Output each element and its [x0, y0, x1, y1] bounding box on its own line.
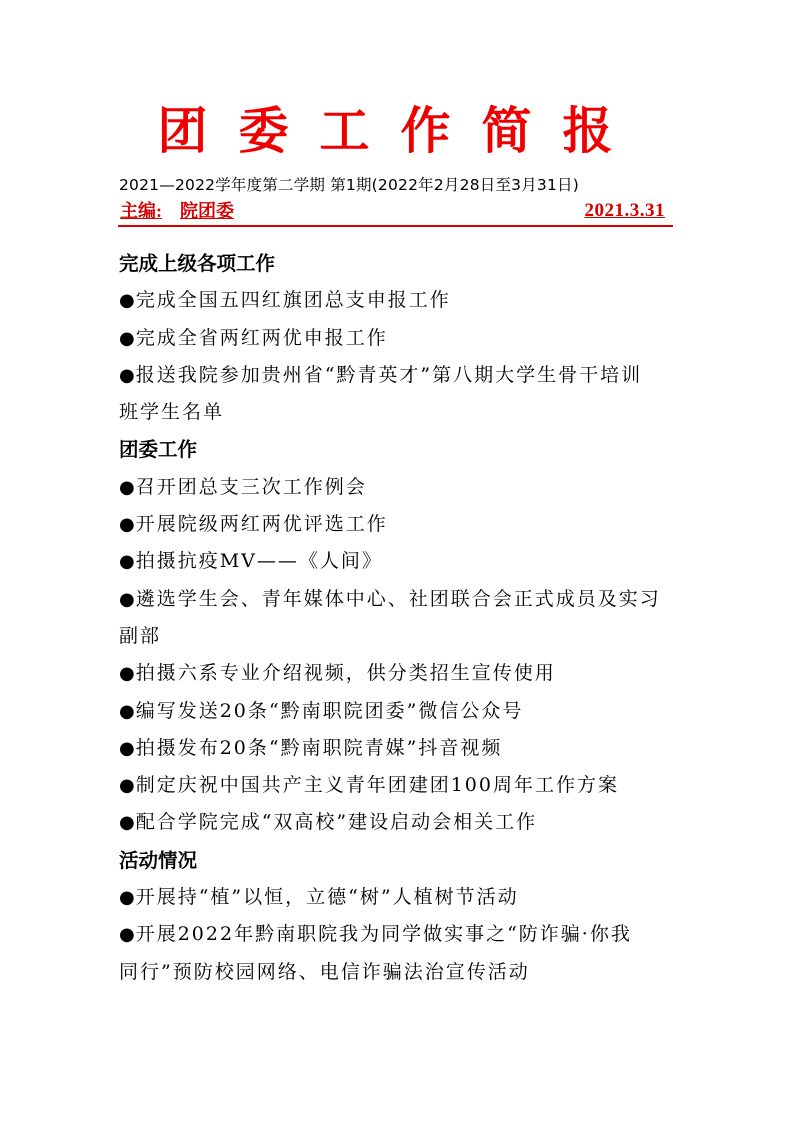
section-heading: 团委工作	[119, 431, 679, 468]
bullet-item: ●编写发送20条“黔南职院团委”微信公众号	[119, 693, 679, 730]
bullet-dot-icon: ●	[119, 887, 135, 908]
bullet-text: 完成全国五四红旗团总支申报工作	[136, 289, 451, 311]
bullet-text: 开展持“植”以恒，立德“树”人植树节活动	[136, 886, 519, 908]
section-heading: 活动情况	[119, 842, 679, 879]
bullet-dot-icon: ●	[119, 701, 135, 722]
bullet-text: 遴选学生会、青年媒体中心、社团联合会正式成员及实习	[136, 588, 661, 610]
bullet-dot-icon: ●	[119, 775, 135, 796]
bullet-text: 开展院级两红两优评选工作	[136, 513, 388, 535]
bullet-text: 班学生名单	[119, 401, 224, 423]
editor-value: 院团委	[180, 201, 234, 221]
bullet-text: 开展2022年黔南职院我为同学做实事之“防诈骗·你我	[136, 923, 632, 945]
bullet-dot-icon: ●	[119, 663, 135, 684]
bullet-text: 副部	[119, 625, 161, 647]
bullet-text: 拍摄抗疫MV——《人间》	[136, 550, 383, 572]
bullet-text: 同行”预防校园网络、电信诈骗法治宣传活动	[119, 961, 530, 983]
bullet-dot-icon: ●	[119, 477, 135, 498]
issue-date: 2021.3.31	[585, 199, 666, 223]
bullet-dot-icon: ●	[119, 738, 135, 759]
bullet-dot-icon: ●	[119, 328, 135, 349]
bullet-text: 报送我院参加贵州省“黔青英才”第八期大学生骨干培训	[136, 364, 642, 386]
bullet-dot-icon: ●	[119, 589, 135, 610]
bullet-item: ●完成全国五四红旗团总支申报工作	[119, 282, 679, 319]
bullet-dot-icon: ●	[119, 365, 135, 386]
bullet-item-continuation: 班学生名单	[119, 394, 679, 431]
bullet-item: ●开展院级两红两优评选工作	[119, 506, 679, 543]
bullet-item: ●拍摄抗疫MV——《人间》	[119, 543, 679, 580]
bullet-text: 拍摄六系专业介绍视频，供分类招生宣传使用	[136, 662, 556, 684]
bullet-item: ●报送我院参加贵州省“黔青英才”第八期大学生骨干培训	[119, 357, 679, 394]
bullet-dot-icon: ●	[119, 924, 135, 945]
bullet-text: 拍摄发布20条“黔南职院青媒”抖音视频	[136, 737, 503, 759]
bullet-item: ●拍摄发布20条“黔南职院青媒”抖音视频	[119, 730, 679, 767]
bullet-item: ●遴选学生会、青年媒体中心、社团联合会正式成员及实习	[119, 581, 679, 618]
bullet-dot-icon: ●	[119, 812, 135, 833]
bullet-item: ●完成全省两红两优申报工作	[119, 320, 679, 357]
document-title: 团委工作简报	[0, 98, 793, 164]
editor-credit: 主编:院团委	[120, 199, 234, 223]
document-page: 团委工作简报 2021—2022学年度第二学期 第1期(2022年2月28日至3…	[0, 0, 793, 1122]
bullet-dot-icon: ●	[119, 514, 135, 535]
bullet-text: 召开团总支三次工作例会	[136, 476, 367, 498]
bullet-text: 制定庆祝中国共产主义青年团建团100周年工作方案	[136, 774, 619, 796]
bullet-text: 完成全省两红两优申报工作	[136, 327, 388, 349]
bullet-item-continuation: 同行”预防校园网络、电信诈骗法治宣传活动	[119, 954, 679, 991]
bullet-dot-icon: ●	[119, 290, 135, 311]
bullet-item: ●制定庆祝中国共产主义青年团建团100周年工作方案	[119, 767, 679, 804]
bullet-dot-icon: ●	[119, 551, 135, 572]
bullet-item: ●召开团总支三次工作例会	[119, 469, 679, 506]
bullet-item: ●配合学院完成“双高校”建设启动会相关工作	[119, 804, 679, 841]
section-heading: 完成上级各项工作	[119, 245, 679, 282]
bullet-item: ●开展2022年黔南职院我为同学做实事之“防诈骗·你我	[119, 916, 679, 953]
issue-subtitle: 2021—2022学年度第二学期 第1期(2022年2月28日至3月31日)	[119, 174, 679, 196]
document-body: 完成上级各项工作●完成全国五四红旗团总支申报工作●完成全省两红两优申报工作●报送…	[119, 245, 679, 991]
bullet-item: ●开展持“植”以恒，立德“树”人植树节活动	[119, 879, 679, 916]
editor-label: 主编:	[120, 201, 162, 221]
bullet-item-continuation: 副部	[119, 618, 679, 655]
bullet-item: ●拍摄六系专业介绍视频，供分类招生宣传使用	[119, 655, 679, 692]
bullet-text: 配合学院完成“双高校”建设启动会相关工作	[136, 811, 537, 833]
bullet-text: 编写发送20条“黔南职院团委”微信公众号	[136, 700, 524, 722]
masthead-bar: 主编:院团委 2021.3.31	[118, 199, 673, 227]
